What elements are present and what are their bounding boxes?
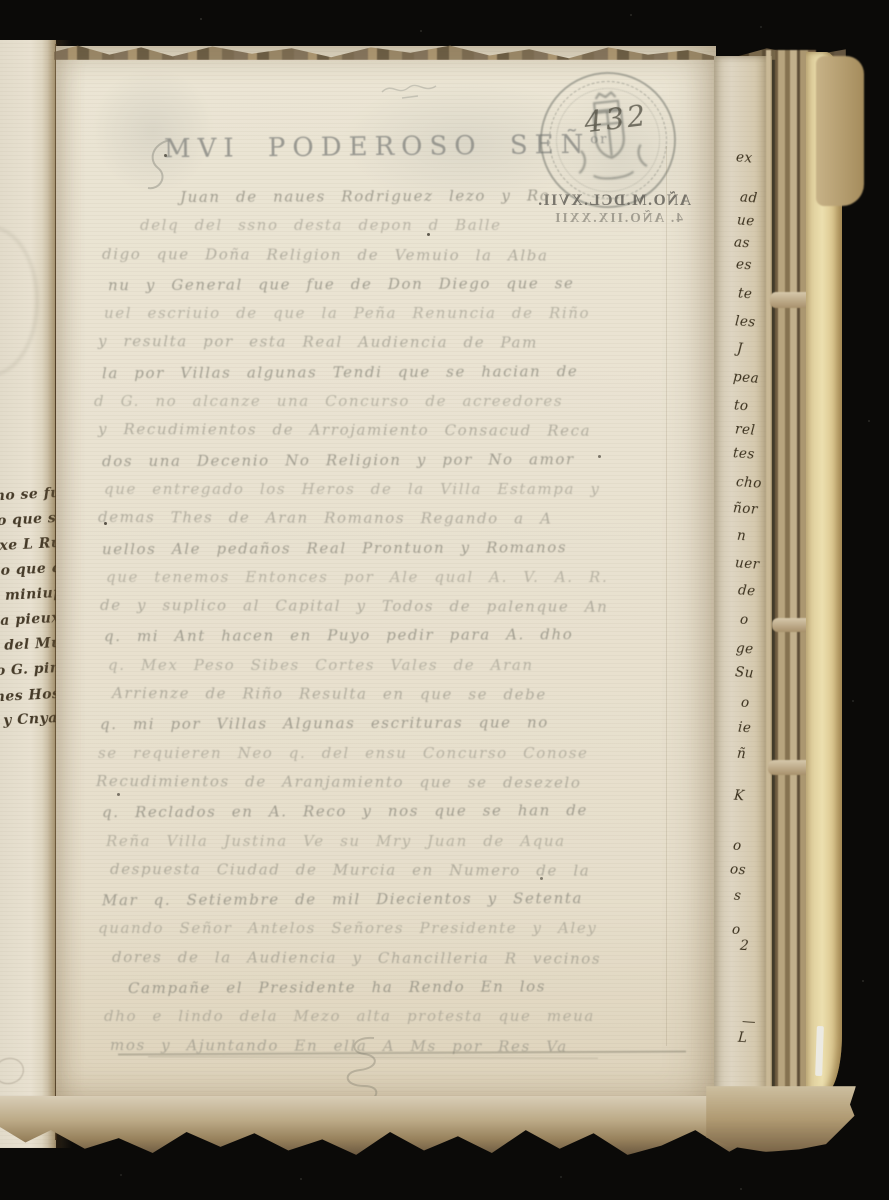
coat-of-arms-icon: [555, 83, 665, 197]
fore-edge-text-fragment: uer: [734, 555, 760, 573]
manuscript-line: q. Mex Peso Sibes Cortes Vales de Aran: [108, 651, 674, 680]
manuscript-line: que tenemos Entonces por Ale qual A. V. …: [106, 563, 674, 592]
fore-edge-text-fragment: 2: [739, 938, 749, 955]
manuscript-body: Juan de naues Rodriguez lezo y Rodelq de…: [94, 182, 674, 1061]
fore-edge-text-fragment: J: [736, 341, 743, 357]
book-photograph: 6(mo se fuenRto que siguexe L Rueho que …: [0, 0, 889, 1200]
vellum-cover-edge: [806, 52, 842, 1094]
fore-edge-text-fragment: K: [733, 788, 745, 805]
manuscript-line: uellos Ale pedaños Real Prontuon y Roman…: [102, 532, 674, 564]
manuscript-line: mos y Ajuntando En ella A Ms por Res Va: [110, 1031, 674, 1062]
facing-page-ring-mark: [0, 1055, 27, 1087]
closing-rule-secondary: [148, 1056, 598, 1059]
fore-edge-text-fragment: ge: [735, 640, 754, 657]
manuscript-page: MVI PODEROSO SEÑor 432 AÑO.M.DCL.XVII. 4…: [56, 46, 716, 1108]
manuscript-line: se requieren Neo q. del ensu Concurso Co…: [98, 739, 674, 768]
manuscript-line: despuesta Ciudad de Murcia en Numero de …: [110, 855, 674, 886]
fore-edge-text-fragment: te: [737, 286, 753, 303]
manuscript-line: Arrienze de Riño Resulta en que se debe: [112, 679, 674, 710]
fore-edge-text-fragment: de: [737, 582, 756, 599]
top-right-edge-lump: [816, 56, 864, 206]
seal-haze: [526, 56, 716, 256]
ink-specks: [104, 522, 107, 525]
manuscript-line: y Recudimientos de Arrojamiento Consacud…: [98, 415, 674, 446]
year-stamp-mirrored: AÑO.M.DCL.XVII. 4. AÑO.IIX.XXII: [505, 192, 691, 226]
closing-rule: [118, 1051, 686, 1055]
heading-abbreviation: or: [590, 132, 608, 147]
manuscript-line: la por Villas algunas Tendi que se hacia…: [102, 357, 674, 389]
fore-edge-text-fragment: tes: [732, 445, 755, 462]
fore-edge-text-fragment: to: [733, 398, 749, 415]
manuscript-line: uel escriuio de que la Peña Renuncia de …: [104, 299, 674, 328]
manuscript-line: dho e lindo dela Mezo alta protesta que …: [104, 1002, 674, 1031]
folio-number: 432: [582, 95, 675, 140]
fore-edge-text-fragment: ex: [735, 149, 753, 166]
page-heading: MVI PODEROSO SEÑor: [164, 130, 594, 165]
manuscript-line: nu y General que fue de Don Diego que se: [108, 269, 674, 301]
manuscript-line: de y suplico al Capital y Todos de palen…: [100, 591, 674, 622]
manuscript-line: delq del ssno desta depon d Balle: [140, 211, 674, 240]
fore-edge-text-fragment: s: [733, 888, 742, 904]
heading-text: MVI PODEROSO SEÑ: [164, 130, 591, 164]
pen-squiggle-icon: [378, 76, 448, 102]
manuscript-line: y resulta por esta Real Audiencia de Pam: [98, 327, 674, 358]
fore-edge-text-fragment: o: [731, 922, 741, 939]
fore-edge-text-fragment: ñor: [732, 500, 758, 518]
bottom-right-page-stack: [706, 1086, 856, 1152]
fore-edge-text-fragment: ñ: [736, 746, 746, 763]
manuscript-line: dos una Decenio No Religion y por No amo…: [102, 444, 674, 476]
heading-flourish-icon: [142, 134, 176, 194]
manuscript-line: que entregado los Heros de la Villa Esta…: [104, 475, 674, 504]
fore-edge-text-fragment: rel: [734, 421, 755, 438]
fore-edge-text-fragment: les: [734, 313, 756, 330]
manuscript-line: quando Señor Antelos Señores Presidente …: [98, 914, 674, 943]
fore-edge-text-fragment: L: [737, 1030, 748, 1047]
fore-edge-text-fragment: os: [729, 861, 746, 878]
fore-edge-text-fragment: o: [739, 612, 749, 629]
year-stamp-line2: 4. AÑO.IIX.XXII: [505, 210, 691, 226]
manuscript-line: demas Thes de Aran Romanos Regando a A: [98, 503, 674, 534]
manuscript-line: dores de la Audiencia y Chancilleria R v…: [112, 943, 674, 974]
fore-edge-text-fragment: ue: [736, 212, 755, 229]
manuscript-line: Recudimientos de Aranjamiento que se des…: [96, 767, 674, 798]
manuscript-line: Mar q. Setiembre de mil Diecientos y Set…: [102, 884, 674, 916]
manuscript-line: q. mi Ant hacen en Puyo pedir para A. dh…: [104, 620, 674, 652]
show-through-haze: [300, 58, 630, 228]
fore-edge-text-fragment: ad: [739, 189, 758, 206]
manuscript-line: q. mi por Villas Algunas escrituras que …: [100, 708, 674, 740]
fore-edge-text-fragment: o: [732, 838, 742, 855]
manuscript-line: digo que Doña Religion de Vemuio la Alba: [102, 240, 674, 271]
manuscript-line: q. Reclados en A. Reco y nos que se han …: [102, 796, 674, 828]
fore-edge-text-fragment: as: [733, 234, 750, 251]
fore-edge-text-fragment: —: [741, 1014, 756, 1031]
fore-edge-text-fragment: o: [740, 695, 750, 712]
fore-edge-text-fragment: Su: [734, 664, 754, 681]
fore-edge-text-fragment: pea: [732, 369, 759, 387]
fore-edge-text-fragment: cho: [735, 474, 762, 492]
notarial-seal-stamp-icon: [533, 65, 682, 214]
manuscript-line: Juan de naues Rodriguez lezo y Ro: [180, 181, 674, 212]
background-dust-specks: [200, 18, 202, 20]
fore-edge-text-fragment: n: [736, 528, 746, 545]
manuscript-line: Reña Villa Justina Ve su Mry Juan de Aqu…: [106, 827, 674, 856]
fold-crease: [666, 146, 667, 1046]
facing-page-seal-trace-icon: [0, 226, 38, 376]
fore-edge-text-fragment: es: [735, 256, 752, 273]
year-stamp-line1: AÑO.M.DCL.XVII.: [505, 192, 691, 210]
manuscript-line: d G. no alcanze una Concurso de acreedor…: [94, 387, 674, 416]
manuscript-line: Campañe el Presidente ha Rendo En los: [128, 972, 674, 1004]
fore-edge-text-fragment: ie: [737, 720, 751, 737]
water-stain: [92, 68, 214, 194]
